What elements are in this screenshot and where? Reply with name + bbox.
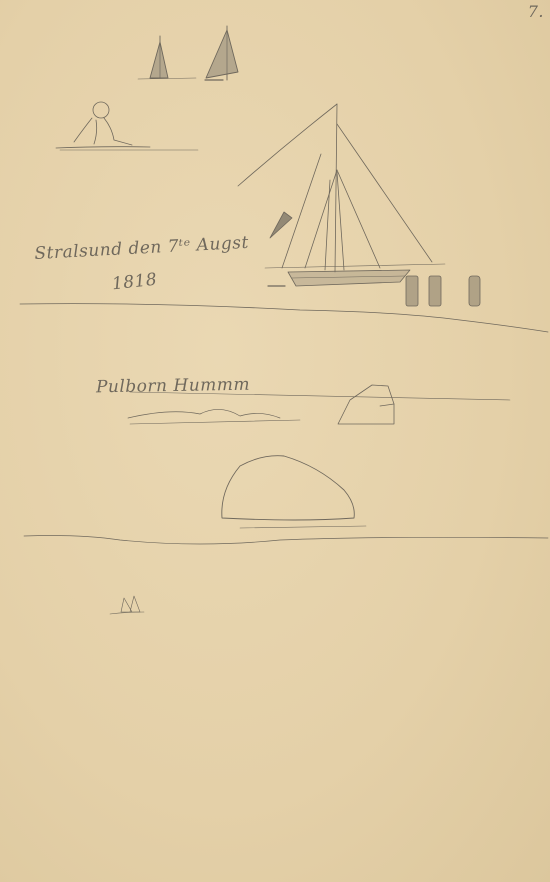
- sailing-ship-sketch: [238, 104, 445, 286]
- page-number: 7.: [528, 2, 544, 21]
- horizon-line-1: [20, 304, 548, 332]
- posts-sketch: [406, 276, 480, 306]
- location-inscription: Pulborn Hummm: [96, 375, 250, 398]
- pencil-sketch-drawing: [0, 0, 550, 882]
- distant-sailboat-sketch: [110, 596, 144, 614]
- sketchbook-page: 7. Stralsund den 7ᵗᵉ Augst 1818 Pulborn …: [0, 0, 550, 882]
- boulder-sketch: [222, 456, 354, 520]
- small-sailboats-sketch: [138, 26, 238, 80]
- horizon-line-2: [24, 536, 548, 545]
- figure-in-water-sketch: [56, 102, 198, 150]
